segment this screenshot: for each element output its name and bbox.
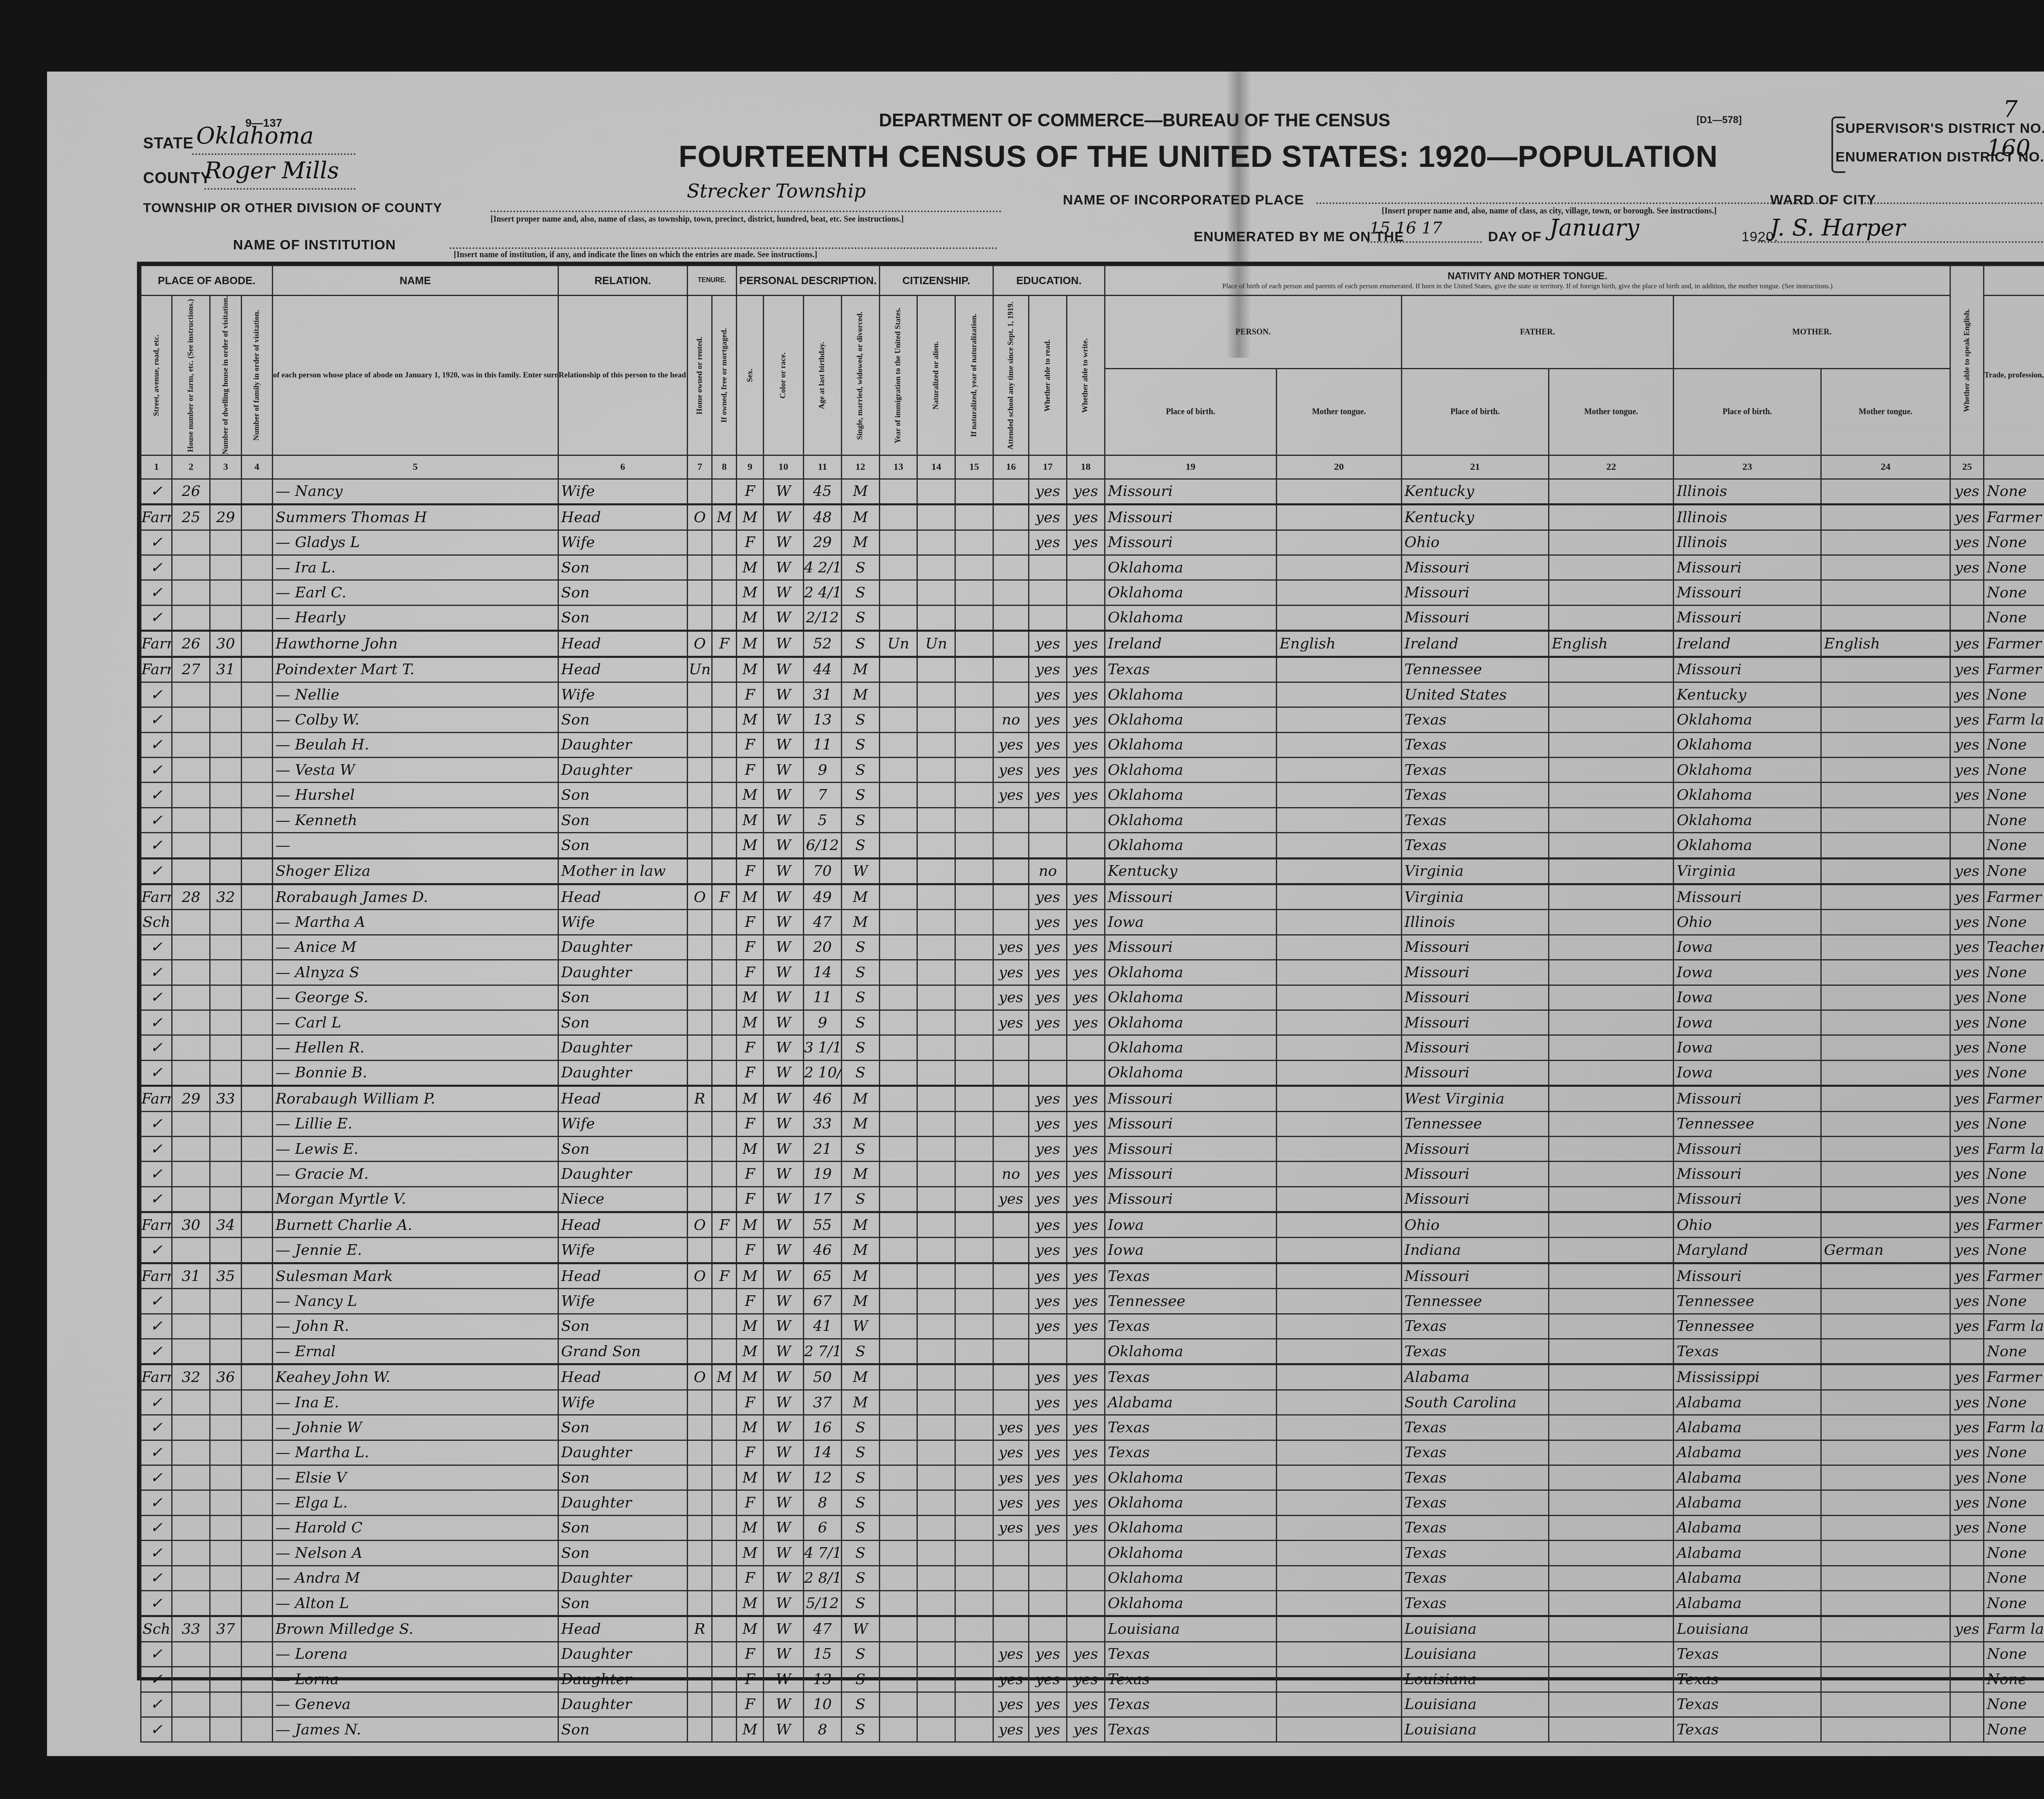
mother-birthplace-cell: Oklahoma <box>1674 783 1821 808</box>
house-number-cell <box>172 1566 210 1590</box>
mother-tongue-cell <box>1276 732 1401 757</box>
free-mortgaged-cell <box>712 1060 737 1086</box>
occupation-cell: None <box>1984 555 2044 580</box>
house-number-cell: 31 <box>172 1263 210 1288</box>
race-cell: W <box>763 1415 803 1440</box>
mother-mother-tongue-cell <box>1821 935 1950 960</box>
name-cell: — Lorena <box>273 1642 558 1667</box>
write-cell: yes <box>1067 1212 1105 1238</box>
house-number-cell <box>172 1490 210 1515</box>
read-cell <box>1029 808 1067 832</box>
house-number-cell <box>172 1035 210 1060</box>
read-cell: yes <box>1029 1314 1067 1339</box>
immigration-year-cell <box>879 1364 917 1390</box>
relation-cell: Head <box>558 1364 688 1390</box>
sex-cell: M <box>737 631 763 657</box>
table-row: Farm2933Rorabaugh William P.HeadRMW46Mye… <box>141 1086 2044 1111</box>
family-number-cell <box>241 732 272 757</box>
owned-rented-cell <box>688 1060 712 1086</box>
father-tongue-cell <box>1549 1541 1674 1566</box>
owned-rented-cell <box>688 1314 712 1339</box>
age-cell: 37 <box>803 1390 841 1415</box>
house-number-cell <box>172 1060 210 1086</box>
school-cell <box>993 1136 1029 1161</box>
write-cell <box>1067 858 1105 884</box>
immigration-year-cell <box>879 1415 917 1440</box>
table-row: ✓— Alnyza SDaughterFW14SyesyesyesOklahom… <box>141 960 2044 985</box>
age-cell: 2 4/12 <box>803 580 841 605</box>
race-cell: W <box>763 783 803 808</box>
table-row: ✓— HurshelSonMW7SyesyesyesOklahomaTexasO… <box>141 783 2044 808</box>
immigration-year-cell <box>879 1010 917 1035</box>
column-number: 17 <box>1029 455 1067 479</box>
father-tongue-cell <box>1549 884 1674 910</box>
write-cell: yes <box>1067 707 1105 732</box>
speak-english-cell: yes <box>1950 1111 1984 1136</box>
marital-status-cell: S <box>841 1717 879 1742</box>
free-mortgaged-cell: F <box>712 1212 737 1238</box>
immigration-year-cell <box>879 555 917 580</box>
write-cell: yes <box>1067 631 1105 657</box>
immigration-year-cell <box>879 1339 917 1364</box>
family-number-cell <box>241 530 272 555</box>
house-number-cell <box>172 783 210 808</box>
street-cell: ✓ <box>141 1010 172 1035</box>
write-cell: yes <box>1067 985 1105 1010</box>
col-father-tongue: Mother tongue. <box>1549 369 1674 455</box>
school-cell <box>993 1390 1029 1415</box>
free-mortgaged-cell <box>712 1415 737 1440</box>
age-cell: 44 <box>803 657 841 682</box>
father-birthplace-cell: Texas <box>1401 1415 1549 1440</box>
col-speak-english: Whether able to speak English. <box>1950 266 1984 455</box>
name-cell: Rorabaugh William P. <box>273 1086 558 1111</box>
naturalization-year-cell <box>955 1339 993 1364</box>
occupation-cell: None <box>1984 1390 2044 1415</box>
marital-status-cell: S <box>841 1667 879 1692</box>
age-cell: 31 <box>803 682 841 707</box>
mother-birthplace-cell: Tennessee <box>1674 1289 1821 1314</box>
birthplace-cell: Oklahoma <box>1105 682 1276 707</box>
speak-english-cell <box>1950 580 1984 605</box>
father-birthplace-cell: Missouri <box>1401 1136 1549 1161</box>
race-cell: W <box>763 1162 803 1187</box>
write-cell: yes <box>1067 1187 1105 1212</box>
naturalized-cell <box>917 884 955 910</box>
occupation-cell: None <box>1984 530 2044 555</box>
free-mortgaged-cell <box>712 1010 737 1035</box>
age-cell: 65 <box>803 1263 841 1288</box>
house-number-cell: 28 <box>172 884 210 910</box>
mother-birthplace-cell: Texas <box>1674 1339 1821 1364</box>
street-cell: ✓ <box>141 833 172 858</box>
school-cell <box>993 657 1029 682</box>
sex-cell: M <box>737 555 763 580</box>
father-birthplace-cell: Louisiana <box>1401 1717 1549 1742</box>
relation-cell: Son <box>558 1314 688 1339</box>
dwelling-cell <box>210 1566 241 1590</box>
father-tongue-cell <box>1549 732 1674 757</box>
read-cell: yes <box>1029 910 1067 935</box>
sex-cell: F <box>737 1187 763 1212</box>
street-cell: ✓ <box>141 732 172 757</box>
occupation-cell: None <box>1984 1515 2044 1540</box>
group-relation: RELATION. <box>558 266 688 296</box>
column-number: 23 <box>1674 455 1821 479</box>
write-cell <box>1067 833 1105 858</box>
owned-rented-cell <box>688 732 712 757</box>
father-birthplace-cell: Indiana <box>1401 1238 1549 1263</box>
owned-rented-cell: O <box>688 884 712 910</box>
naturalized-cell <box>917 808 955 832</box>
write-cell: yes <box>1067 1642 1105 1667</box>
naturalized-cell <box>917 960 955 985</box>
incorporated-line <box>1316 202 1831 204</box>
race-cell: W <box>763 732 803 757</box>
write-cell: yes <box>1067 1111 1105 1136</box>
speak-english-cell: yes <box>1950 1515 1984 1540</box>
race-cell: W <box>763 1566 803 1590</box>
mother-mother-tongue-cell <box>1821 682 1950 707</box>
occupation-cell: None <box>1984 758 2044 783</box>
marital-status-cell: M <box>841 910 879 935</box>
school-cell: yes <box>993 783 1029 808</box>
age-cell: 9 <box>803 758 841 783</box>
mother-birthplace-cell: Iowa <box>1674 935 1821 960</box>
mother-tongue-cell <box>1276 1187 1401 1212</box>
occupation-cell: Farm labor <box>1984 707 2044 732</box>
father-tongue-cell <box>1549 1642 1674 1667</box>
race-cell: W <box>763 1465 803 1490</box>
name-cell: — Jennie E. <box>273 1238 558 1263</box>
relation-cell: Head <box>558 1263 688 1288</box>
mother-tongue-cell <box>1276 1060 1401 1086</box>
house-number-cell: 29 <box>172 1086 210 1111</box>
street-cell: ✓ <box>141 707 172 732</box>
speak-english-cell: yes <box>1950 1263 1984 1288</box>
family-number-cell <box>241 783 272 808</box>
family-number-cell <box>241 985 272 1010</box>
street-cell: ✓ <box>141 1465 172 1490</box>
school-cell: yes <box>993 1490 1029 1515</box>
owned-rented-cell: R <box>688 1616 712 1642</box>
family-number-cell <box>241 758 272 783</box>
mother-birthplace-cell: Mississippi <box>1674 1364 1821 1390</box>
marital-status-cell: W <box>841 1314 879 1339</box>
naturalization-year-cell <box>955 1515 993 1540</box>
occupation-cell: None <box>1984 783 2044 808</box>
mother-tongue-cell <box>1276 682 1401 707</box>
father-birthplace-cell: Ohio <box>1401 1212 1549 1238</box>
table-row: ✓— Elsie VSonMW12SyesyesyesOklahomaTexas… <box>141 1465 2044 1490</box>
father-tongue-cell: English <box>1549 631 1674 657</box>
family-number-cell <box>241 1339 272 1364</box>
table-row: ✓— Ira L.SonMW4 2/12SOklahomaMissouriMis… <box>141 555 2044 580</box>
speak-english-cell <box>1950 1717 1984 1742</box>
nativity-title: NATIVITY AND MOTHER TONGUE. <box>1105 271 1950 282</box>
house-number-cell: 26 <box>172 631 210 657</box>
sex-cell: M <box>737 1541 763 1566</box>
school-cell <box>993 580 1029 605</box>
free-mortgaged-cell <box>712 1465 737 1490</box>
family-number-cell <box>241 707 272 732</box>
father-tongue-cell <box>1549 935 1674 960</box>
marital-status-cell: S <box>841 1490 879 1515</box>
age-cell: 14 <box>803 1440 841 1465</box>
free-mortgaged-cell: F <box>712 631 737 657</box>
col-house-number: House number or farm, etc. (See instruct… <box>172 296 210 455</box>
owned-rented-cell <box>688 1515 712 1540</box>
school-cell: yes <box>993 935 1029 960</box>
birthplace-cell: Iowa <box>1105 1212 1276 1238</box>
age-cell: 70 <box>803 858 841 884</box>
sex-cell: F <box>737 758 763 783</box>
mother-mother-tongue-cell <box>1821 580 1950 605</box>
house-number-cell <box>172 960 210 985</box>
age-cell: 29 <box>803 530 841 555</box>
owned-rented-cell <box>688 808 712 832</box>
occupation-cell: Teacher <box>1984 935 2044 960</box>
sex-cell: F <box>737 1035 763 1060</box>
group-place-of-abode: PLACE OF ABODE. <box>141 266 273 296</box>
sex-cell: F <box>737 1667 763 1692</box>
relation-cell: Daughter <box>558 1692 688 1717</box>
immigration-year-cell <box>879 1314 917 1339</box>
house-number-cell <box>172 1339 210 1364</box>
age-cell: 2 10/12 <box>803 1060 841 1086</box>
age-cell: 8 <box>803 1717 841 1742</box>
father-tongue-cell <box>1549 707 1674 732</box>
birthplace-cell: Texas <box>1105 1667 1276 1692</box>
house-number-cell <box>172 808 210 832</box>
race-cell: W <box>763 858 803 884</box>
father-birthplace-cell: Illinois <box>1401 910 1549 935</box>
township-value: Strecker Township <box>687 180 866 202</box>
speak-english-cell: yes <box>1950 910 1984 935</box>
speak-english-cell <box>1950 1590 1984 1616</box>
father-tongue-cell <box>1549 1111 1674 1136</box>
state-label: STATE <box>143 135 194 153</box>
county-value: Roger Mills <box>204 157 339 184</box>
naturalization-year-cell <box>955 1060 993 1086</box>
race-cell: W <box>763 1035 803 1060</box>
mother-tongue-cell <box>1276 1339 1401 1364</box>
street-cell: ✓ <box>141 1415 172 1440</box>
relation-cell: Son <box>558 555 688 580</box>
table-row: ✓— NellieWifeFW31MyesyesOklahomaUnited S… <box>141 682 2044 707</box>
naturalization-year-cell <box>955 1136 993 1161</box>
school-cell <box>993 530 1029 555</box>
street-cell: ✓ <box>141 985 172 1010</box>
father-tongue-cell <box>1549 1060 1674 1086</box>
col-name: of each person whose place of abode on J… <box>273 296 558 455</box>
house-number-cell <box>172 555 210 580</box>
read-cell <box>1029 1616 1067 1642</box>
write-cell: yes <box>1067 1289 1105 1314</box>
street-cell: ✓ <box>141 935 172 960</box>
father-birthplace-cell: Missouri <box>1401 985 1549 1010</box>
state-line <box>192 153 356 155</box>
relation-cell: Daughter <box>558 1490 688 1515</box>
school-cell <box>993 833 1029 858</box>
family-number-cell <box>241 1289 272 1314</box>
column-number: 1 <box>141 455 172 479</box>
name-cell: — Beulah H. <box>273 732 558 757</box>
read-cell: yes <box>1029 1667 1067 1692</box>
owned-rented-cell <box>688 1415 712 1440</box>
age-cell: 11 <box>803 732 841 757</box>
relation-cell: Daughter <box>558 960 688 985</box>
mother-mother-tongue-cell: German <box>1821 1238 1950 1263</box>
race-cell: W <box>763 1390 803 1415</box>
write-cell: yes <box>1067 960 1105 985</box>
relation-cell: Wife <box>558 530 688 555</box>
family-number-cell <box>241 1390 272 1415</box>
mother-mother-tongue-cell <box>1821 505 1950 530</box>
mother-birthplace-cell: Missouri <box>1674 555 1821 580</box>
mother-tongue-cell <box>1276 707 1401 732</box>
table-row: Farm3236Keahey John W.HeadOMMW50MyesyesT… <box>141 1364 2044 1390</box>
father-birthplace-cell: Texas <box>1401 758 1549 783</box>
mother-mother-tongue-cell <box>1821 1566 1950 1590</box>
marital-status-cell: M <box>841 530 879 555</box>
house-number-cell: 26 <box>172 479 210 504</box>
marital-status-cell: W <box>841 1616 879 1642</box>
race-cell: W <box>763 1642 803 1667</box>
free-mortgaged-cell <box>712 1339 737 1364</box>
street-cell: ✓ <box>141 783 172 808</box>
owned-rented-cell <box>688 985 712 1010</box>
mother-tongue-cell <box>1276 808 1401 832</box>
mother-mother-tongue-cell <box>1821 1667 1950 1692</box>
mother-birthplace-cell: Alabama <box>1674 1440 1821 1465</box>
house-number-cell <box>172 1642 210 1667</box>
mother-birthplace-cell: Missouri <box>1674 1162 1821 1187</box>
name-cell: — Hurshel <box>273 783 558 808</box>
family-number-cell <box>241 1566 272 1590</box>
owned-rented-cell <box>688 605 712 630</box>
speak-english-cell: yes <box>1950 1616 1984 1642</box>
free-mortgaged-cell: M <box>712 505 737 530</box>
table-row: ✓— Jennie E.WifeFW46MyesyesIowaIndianaMa… <box>141 1238 2044 1263</box>
family-number-cell <box>241 1187 272 1212</box>
father-birthplace-cell: Missouri <box>1401 960 1549 985</box>
school-cell <box>993 505 1029 530</box>
free-mortgaged-cell <box>712 1187 737 1212</box>
speak-english-cell: yes <box>1950 1440 1984 1465</box>
street-cell: Farm <box>141 631 172 657</box>
immigration-year-cell <box>879 1263 917 1288</box>
relation-cell: Head <box>558 1616 688 1642</box>
column-number: 14 <box>917 455 955 479</box>
name-cell: — Andra M <box>273 1566 558 1590</box>
naturalization-year-cell <box>955 555 993 580</box>
age-cell: 2 7/12 <box>803 1339 841 1364</box>
name-cell: — Bonnie B. <box>273 1060 558 1086</box>
mother-mother-tongue-cell <box>1821 783 1950 808</box>
mother-mother-tongue-cell <box>1821 1035 1950 1060</box>
mother-mother-tongue-cell <box>1821 884 1950 910</box>
column-number-row: 1234567891011121314151617181920212223242… <box>141 455 2044 479</box>
age-cell: 14 <box>803 960 841 985</box>
race-cell: W <box>763 985 803 1010</box>
school-cell <box>993 1212 1029 1238</box>
write-cell: yes <box>1067 910 1105 935</box>
speak-english-cell: yes <box>1950 1212 1984 1238</box>
mother-birthplace-cell: Alabama <box>1674 1465 1821 1490</box>
mother-birthplace-cell: Kentucky <box>1674 682 1821 707</box>
birthplace-cell: Oklahoma <box>1105 707 1276 732</box>
name-cell: — James N. <box>273 1717 558 1742</box>
school-cell <box>993 1035 1029 1060</box>
house-number-cell <box>172 1515 210 1540</box>
write-cell: yes <box>1067 505 1105 530</box>
naturalization-year-cell <box>955 580 993 605</box>
read-cell: yes <box>1029 631 1067 657</box>
dwelling-cell <box>210 808 241 832</box>
naturalized-cell <box>917 1616 955 1642</box>
race-cell: W <box>763 1490 803 1515</box>
sex-cell: M <box>737 1136 763 1161</box>
read-cell <box>1029 555 1067 580</box>
mother-tongue-cell <box>1276 1541 1401 1566</box>
table-row: Farm2630Hawthorne JohnHeadOFMW52SUnUnyes… <box>141 631 2044 657</box>
birthplace-cell: Oklahoma <box>1105 960 1276 985</box>
owned-rented-cell <box>688 1667 712 1692</box>
naturalized-cell <box>917 530 955 555</box>
occupation-cell: None <box>1984 1642 2044 1667</box>
write-cell: yes <box>1067 1010 1105 1035</box>
house-number-cell: 33 <box>172 1616 210 1642</box>
mother-birthplace-cell: Texas <box>1674 1692 1821 1717</box>
mother-birthplace-cell: Illinois <box>1674 505 1821 530</box>
school-cell <box>993 1238 1029 1263</box>
naturalization-year-cell <box>955 707 993 732</box>
race-cell: W <box>763 960 803 985</box>
age-cell: 13 <box>803 1667 841 1692</box>
age-cell: 67 <box>803 1289 841 1314</box>
father-tongue-cell <box>1549 580 1674 605</box>
family-number-cell <box>241 1616 272 1642</box>
family-number-cell <box>241 1717 272 1742</box>
marital-status-cell: S <box>841 758 879 783</box>
marital-status-cell: S <box>841 1339 879 1364</box>
immigration-year-cell <box>879 808 917 832</box>
street-cell: ✓ <box>141 1187 172 1212</box>
street-cell: ✓ <box>141 1289 172 1314</box>
dwelling-cell <box>210 1289 241 1314</box>
write-cell: yes <box>1067 530 1105 555</box>
occupation-cell: Farmer <box>1984 1086 2044 1111</box>
occupation-cell: None <box>1984 858 2044 884</box>
mother-mother-tongue-cell <box>1821 1515 1950 1540</box>
immigration-year-cell <box>879 1590 917 1616</box>
table-row: Sch3337Brown Milledge S.HeadRMW47WLouisi… <box>141 1616 2044 1642</box>
marital-status-cell: S <box>841 555 879 580</box>
mother-tongue-cell <box>1276 657 1401 682</box>
relation-cell: Son <box>558 833 688 858</box>
speak-english-cell: yes <box>1950 631 1984 657</box>
name-cell: — Alnyza S <box>273 960 558 985</box>
mother-tongue-cell <box>1276 783 1401 808</box>
mother-birthplace-cell: Alabama <box>1674 1541 1821 1566</box>
marital-status-cell: M <box>841 505 879 530</box>
street-cell: ✓ <box>141 580 172 605</box>
dwelling-cell: 31 <box>210 657 241 682</box>
mother-birthplace-cell: Texas <box>1674 1642 1821 1667</box>
speak-english-cell: yes <box>1950 1289 1984 1314</box>
write-cell: yes <box>1067 1390 1105 1415</box>
